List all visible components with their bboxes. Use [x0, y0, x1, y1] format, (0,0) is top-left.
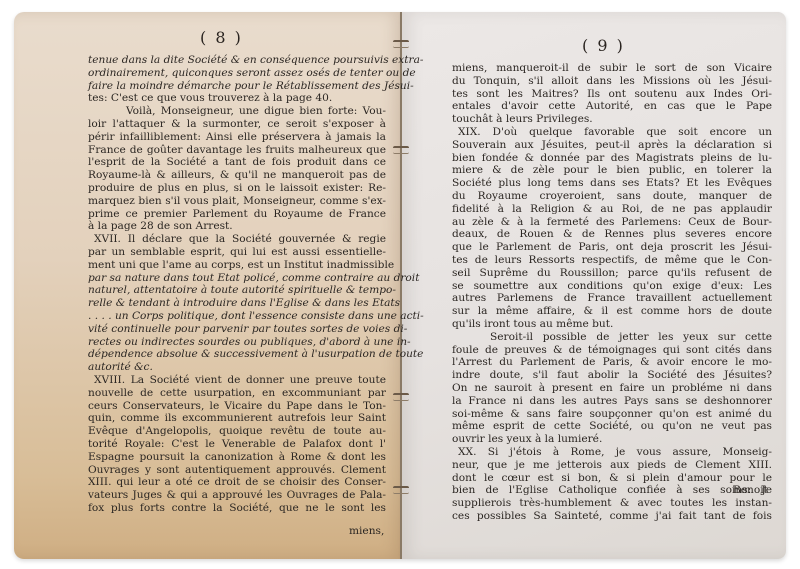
text-line: nouvelle de cette usurpation, en excommu… [88, 387, 386, 400]
text-line: ment uni que l'ame au corps, est un Inst… [88, 259, 386, 272]
text-line: XX. Si j'étois à Rome, je vous assure, M… [452, 446, 772, 459]
text-line: neur, que je me jetterois aux pieds de C… [452, 459, 772, 472]
text-line: Seroit-il possible de jetter les yeux su… [452, 331, 772, 344]
text-line: se soumettre aux conditions qu'on exige … [452, 280, 772, 293]
text-line: au zèle & à la fermeté des Parlemens: Ce… [452, 216, 772, 229]
text-line: l'esprit de la Société a tant de fois pr… [88, 156, 386, 169]
text-line: vateurs Juges & qui a approuvé les Ouvra… [88, 489, 386, 502]
text-line: miere & de zèle pour le bien public, en … [452, 164, 772, 177]
text-line: qu'ils iront tous au même but. [452, 318, 772, 331]
text-line: Ouvrages y sont autentiquement approuvés… [88, 464, 386, 477]
text-line: deaux, de Rouen & de Rennes plus severes… [452, 228, 772, 241]
text-line: sur la même affaire, & il est comme hors… [452, 305, 772, 318]
text-line: prime ce premier Parlement du Royaume de… [88, 208, 386, 221]
text-line: marquez bien s'il vous plait, Monseigneu… [88, 195, 386, 208]
text-line: XIX. D'où quelque favorable que soit enc… [452, 126, 772, 139]
left-page-number: ( 8 ) [200, 28, 243, 47]
text-line: XVIII. La Société vient de donner une pr… [88, 374, 386, 387]
text-line: ouvrir les yeux à la lumieré. [452, 433, 772, 446]
text-line: bien fondée & donnée par des Magistrats … [452, 152, 772, 165]
binding-stitch [393, 486, 409, 494]
left-catchword: miens, [349, 525, 384, 537]
text-line: ceurs Conservateurs, le Vicaire du Pape … [88, 400, 386, 413]
text-line: par sa nature dans tout Etat policé, com… [88, 272, 386, 285]
binding-stitch [393, 393, 409, 401]
binding-stitch [393, 40, 409, 48]
book-spine [400, 12, 402, 559]
text-line: tes sont les Maitres? Ils ont soutenu au… [452, 88, 772, 101]
text-line: autorité &c. [88, 361, 386, 374]
text-line: ces possibles Sa Sainteté, comme j'ai fa… [452, 510, 772, 523]
text-line: foule de preuves & de témoignages qui so… [452, 344, 772, 357]
text-line: Royaume-là & ailleurs, & qu'il ne manque… [88, 169, 386, 182]
text-line: fox plus forts contre la Société, que ne… [88, 502, 386, 515]
text-line: tenue dans la dite Société & en conséque… [88, 54, 386, 67]
text-line: France de goûter davantage les fruits ma… [88, 144, 386, 157]
text-line: Société plus long tems dans ses Etats? E… [452, 177, 772, 190]
text-line: supplierois très-humblement & avec toute… [452, 497, 772, 510]
text-line: . . . . un Corps politique, dont l'essen… [88, 310, 386, 323]
text-line: dépendence absolue & successivement à l'… [88, 348, 386, 361]
text-line: rectes ou indirectes sourdes ou publique… [88, 336, 386, 349]
text-line: vité continuelle pour parvenir par toute… [88, 323, 386, 336]
text-line: autres Parlemens de France travaillent a… [452, 292, 772, 305]
signature-mark: c [584, 484, 590, 496]
text-line: du Royaume croyeroient, sans doute, manq… [452, 190, 772, 203]
text-line: miens, manqueroit-il de subir le sort de… [452, 62, 772, 75]
right-page-text: miens, manqueroit-il de subir le sort de… [452, 62, 772, 523]
right-page-number: ( 9 ) [582, 36, 625, 55]
text-line: Souverain aux Jésuites, peut-il après la… [452, 139, 772, 152]
text-line: fidelité à la Religion & au Roi, de ne p… [452, 203, 772, 216]
binding-stitch [393, 146, 409, 154]
text-line: Espagne poursuit la canonization à Rome … [88, 451, 386, 464]
text-line: l'Arrest du Parlement de Paris, & avoir … [452, 356, 772, 369]
text-line: touchât à leurs Privileges. [452, 113, 772, 126]
text-line: torité Royale: C'est le Venerable de Pal… [88, 438, 386, 451]
text-line: seil Suprême du Roussillon; parce qu'ils… [452, 267, 772, 280]
text-line: quin, comme ils excommunierent autrefois… [88, 412, 386, 425]
left-page-text: tenue dans la dite Société & en conséque… [88, 54, 386, 515]
text-line: Voilà, Monseigneur, une digue bien forte… [88, 105, 386, 118]
text-line: Evêque d'Angelopolis, quoique revêtu de … [88, 425, 386, 438]
text-line: produire de plus en plus, si on le laiss… [88, 182, 386, 195]
text-line: périr infailliblement: Ainsi elle préser… [88, 131, 386, 144]
text-line: entales d'avoir cette Autorité, en cas q… [452, 100, 772, 113]
text-line: la France ni dans les autres Pays sans s… [452, 395, 772, 408]
text-line: dont le cœur est si bon, & si plein d'am… [452, 472, 772, 485]
text-line: On ne sauroit à present en faire un prob… [452, 382, 772, 395]
text-line: à la page 28 de son Arrest. [88, 220, 386, 233]
text-line: soi-même & sans faire soupçonner qu'on e… [452, 408, 772, 421]
text-line: que le Parlement de Paris, ont deja pros… [452, 241, 772, 254]
text-line: du Tonquin, s'il alloit dans les Mission… [452, 75, 772, 88]
text-line: tes de leurs Ressorts respectifs, de mêm… [452, 254, 772, 267]
text-line: tes: C'est ce que vous trouverez à la pa… [88, 92, 386, 105]
text-line: bien de l'Eglise Catholique confiée à se… [452, 484, 772, 497]
text-line: loir l'attaquer & la surmonter, ce seroi… [88, 118, 386, 131]
text-line: faire la moindre démarche pour le Rétabl… [88, 80, 386, 93]
text-line: indre doute, s'il faut abolir la Société… [452, 369, 772, 382]
text-line: XVII. Il déclare que la Société gouverné… [88, 233, 386, 246]
text-line: par un semblable esprit, qui lui est aus… [88, 246, 386, 259]
text-line: naturel, attentatoire à toute autorité s… [88, 284, 386, 297]
text-line: XIII. qui leur a oté ce droit de se choi… [88, 476, 386, 489]
text-line: même esprit de cette Société, ou qu'on n… [452, 420, 772, 433]
text-line: relle & tendant à introduire dans l'Egli… [88, 297, 386, 310]
text-line: ordinairement, quiconques seront assez o… [88, 67, 386, 80]
right-catchword: Benoit [733, 484, 768, 496]
